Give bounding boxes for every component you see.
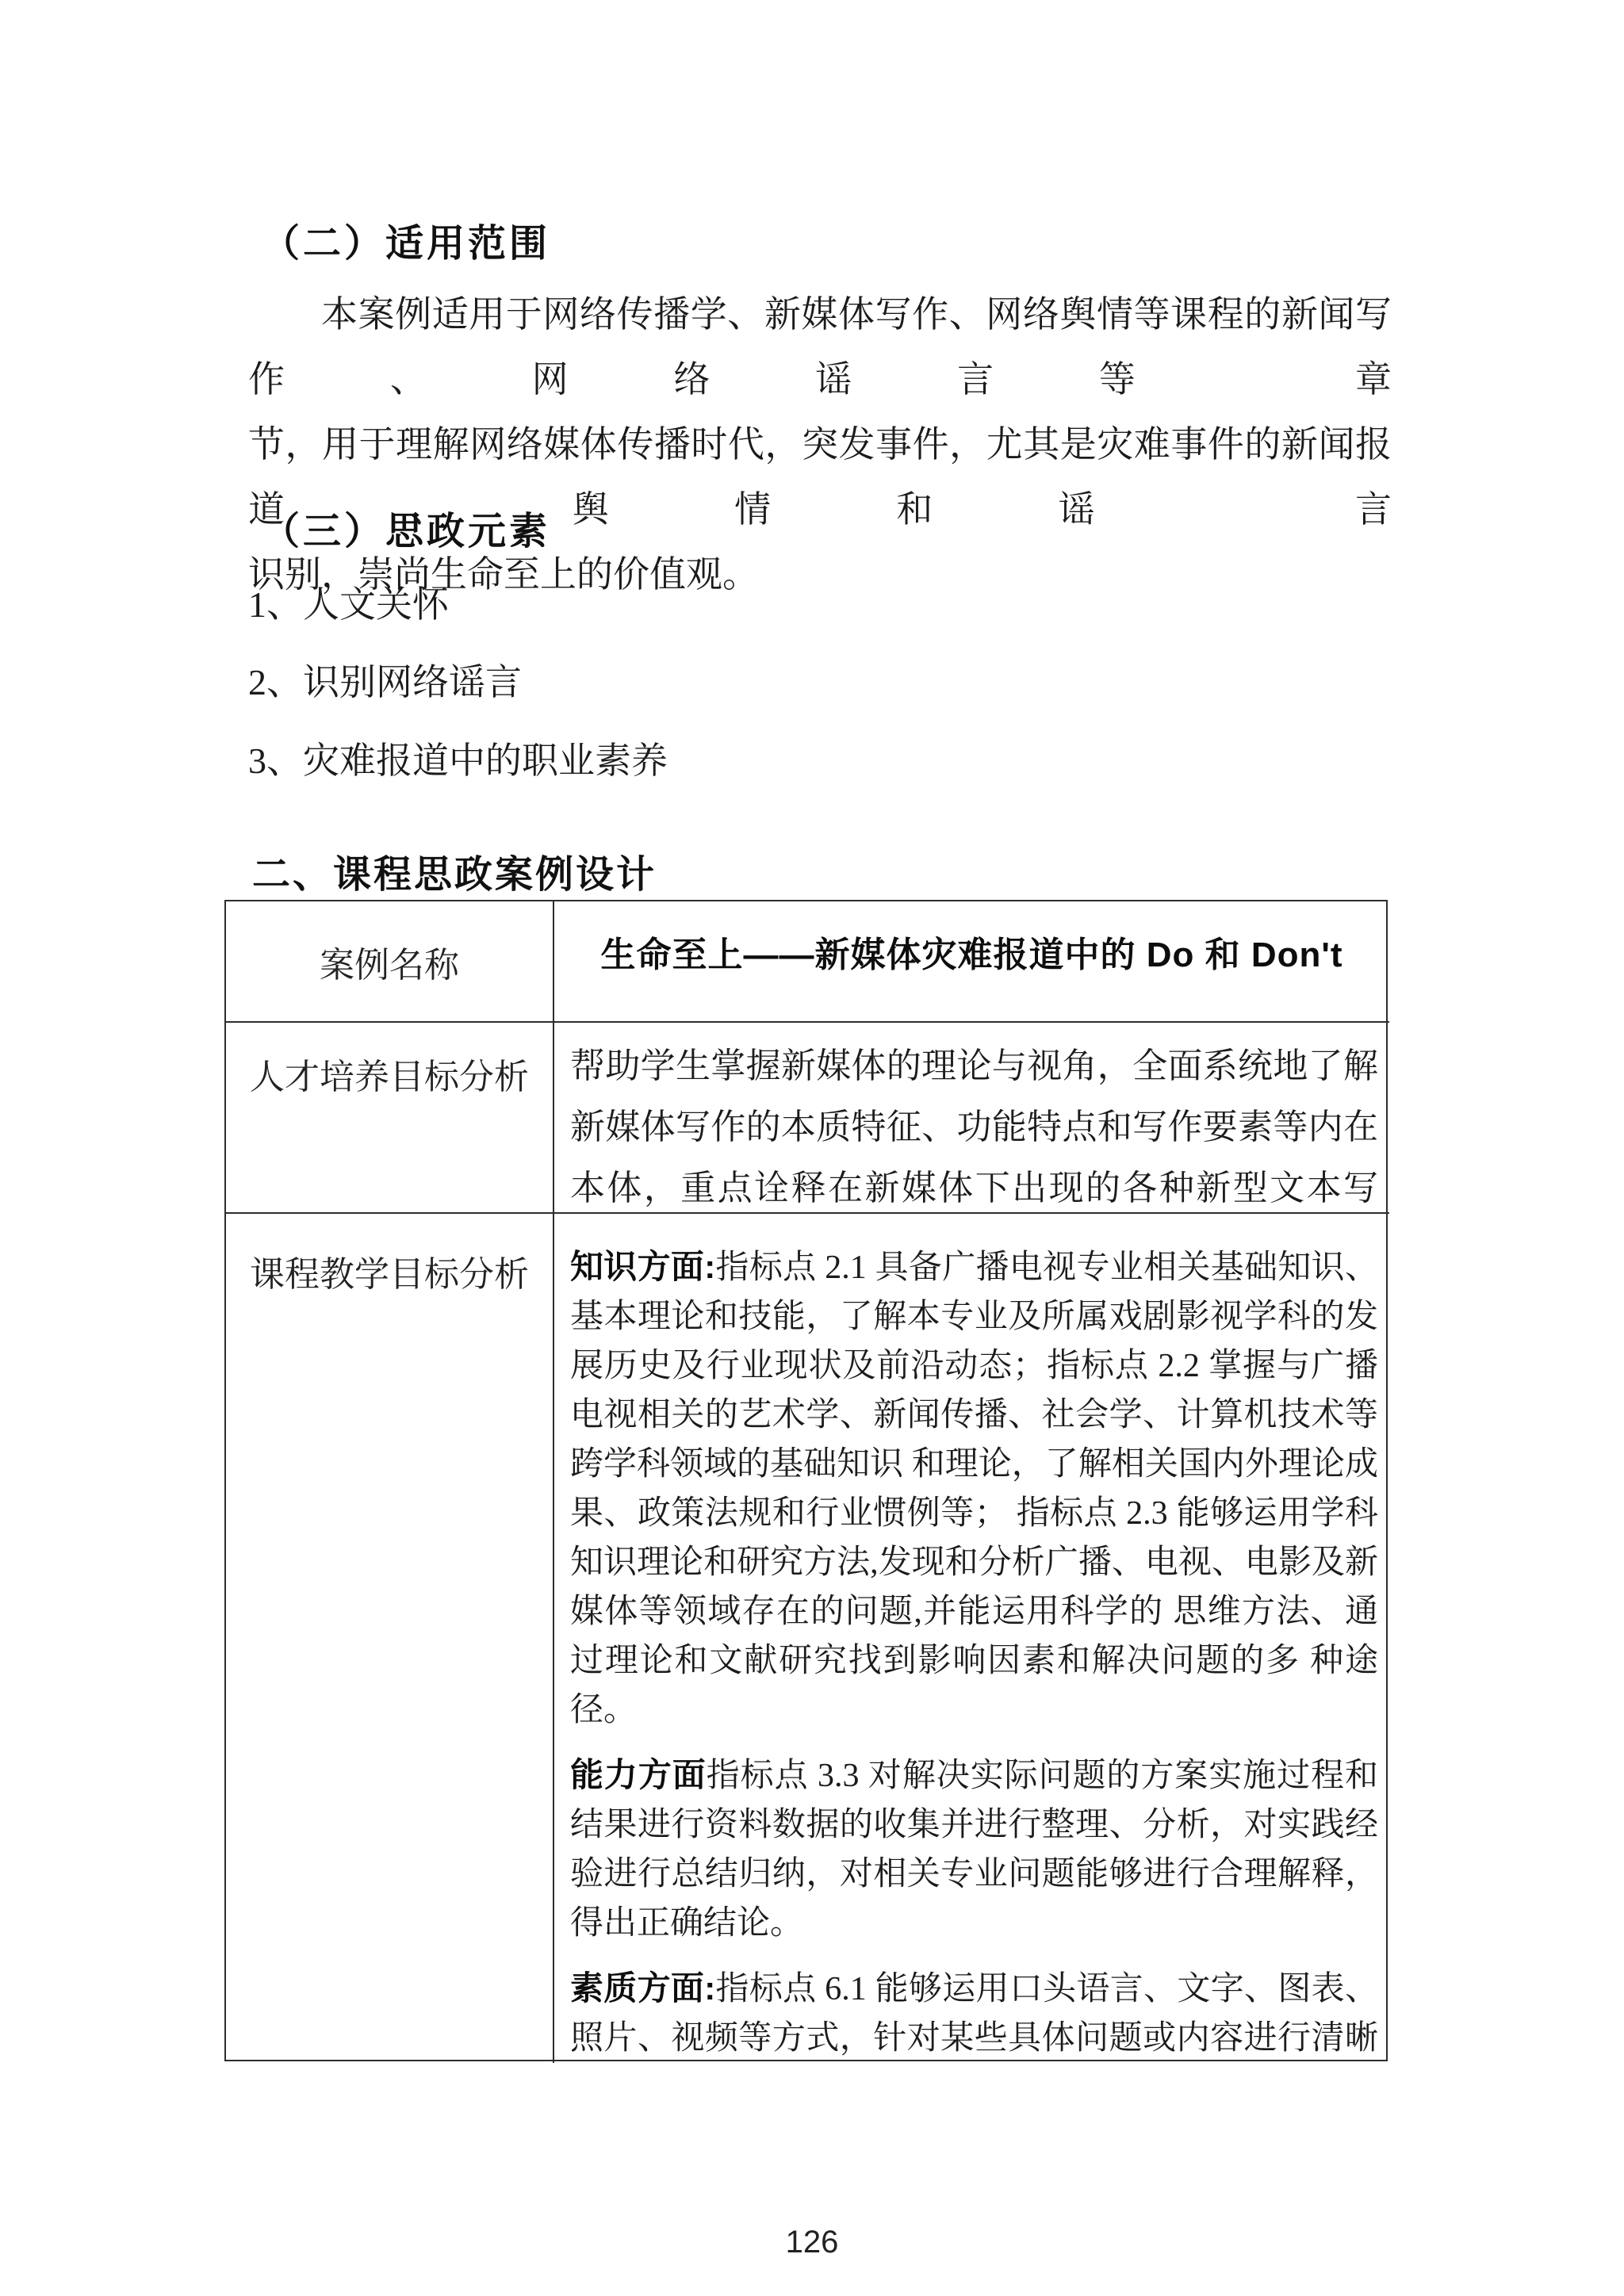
table-row-label-case-name: 案例名称 <box>226 901 554 1021</box>
scope-paragraph: 本案例适用于网络传播学、新媒体写作、网络舆情等课程的新闻写作、网络谣言等 章 节… <box>248 282 1392 607</box>
course-goal-cell: 知识方面:指标点 2.1 具备广播电视专业相关基础知识、基本理论和技能，了解本专… <box>554 1212 1389 2063</box>
table-row-label-talent-goal: 人才培养目标分析 <box>226 1021 554 1212</box>
quality-paragraph: 素质方面:指标点 6.1 能够运用口头语言、文字、图表、照片、视频等方式，针对某… <box>570 1964 1378 2063</box>
section-heading-case-design: 二、课程思政案例设计 <box>252 855 657 896</box>
ability-paragraph: 能力方面指标点 3.3 对解决实际问题的方案实施过程和结果进行资料数据的收集并进… <box>570 1751 1378 1948</box>
course-goal-label: 课程教学目标分析 <box>250 1246 529 1296</box>
section-heading-scope: （二）适用范围 <box>262 224 550 265</box>
table-row-label-course-goal: 课程教学目标分析 <box>226 1212 554 2063</box>
case-title-text: 生命至上——新媒体灾难报道中的 Do 和 Don't <box>601 926 1343 977</box>
page-number: 126 <box>0 2225 1624 2260</box>
talent-goal-label: 人才培养目标分析 <box>250 1048 529 1099</box>
talent-goal-cell: 帮助学生掌握新媒体的理论与视角，全面系统地了解新媒体写作的本质特征、功能特点和写… <box>554 1021 1389 1212</box>
quality-lead: 素质方面: <box>570 1969 715 2007</box>
scope-paragraph-line: 本案例适用于网络传播学、新媒体写作、网络舆情等课程的新闻写作、网络谣言等 章 <box>248 282 1392 412</box>
case-name-label: 案例名称 <box>320 936 459 987</box>
knowledge-paragraph: 知识方面:指标点 2.1 具备广播电视专业相关基础知识、基本理论和技能，了解本专… <box>570 1242 1378 1735</box>
elements-list-item-2: 2、识别网络谣言 <box>248 662 522 703</box>
knowledge-lead: 知识方面: <box>570 1248 715 1285</box>
talent-goal-text: 帮助学生掌握新媒体的理论与视角，全面系统地了解新媒体写作的本质特征、功能特点和写… <box>570 1047 1378 1212</box>
case-design-table: 案例名称 生命至上——新媒体灾难报道中的 Do 和 Don't 人才培养目标分析… <box>224 900 1388 2061</box>
knowledge-text: 指标点 2.1 具备广播电视专业相关基础知识、基本理论和技能，了解本专业及所属戏… <box>570 1249 1378 1728</box>
elements-list-item-1: 1、人文关怀 <box>248 584 449 626</box>
document-page: （二）适用范围 本案例适用于网络传播学、新媒体写作、网络舆情等课程的新闻写作、网… <box>0 0 1624 2296</box>
elements-list-item-3: 3、灾难报道中的职业素养 <box>248 740 668 782</box>
section-heading-elements: （三）思政元素 <box>262 511 550 553</box>
case-title-cell: 生命至上——新媒体灾难报道中的 Do 和 Don't <box>554 901 1389 1021</box>
ability-lead: 能力方面 <box>570 1756 707 1793</box>
